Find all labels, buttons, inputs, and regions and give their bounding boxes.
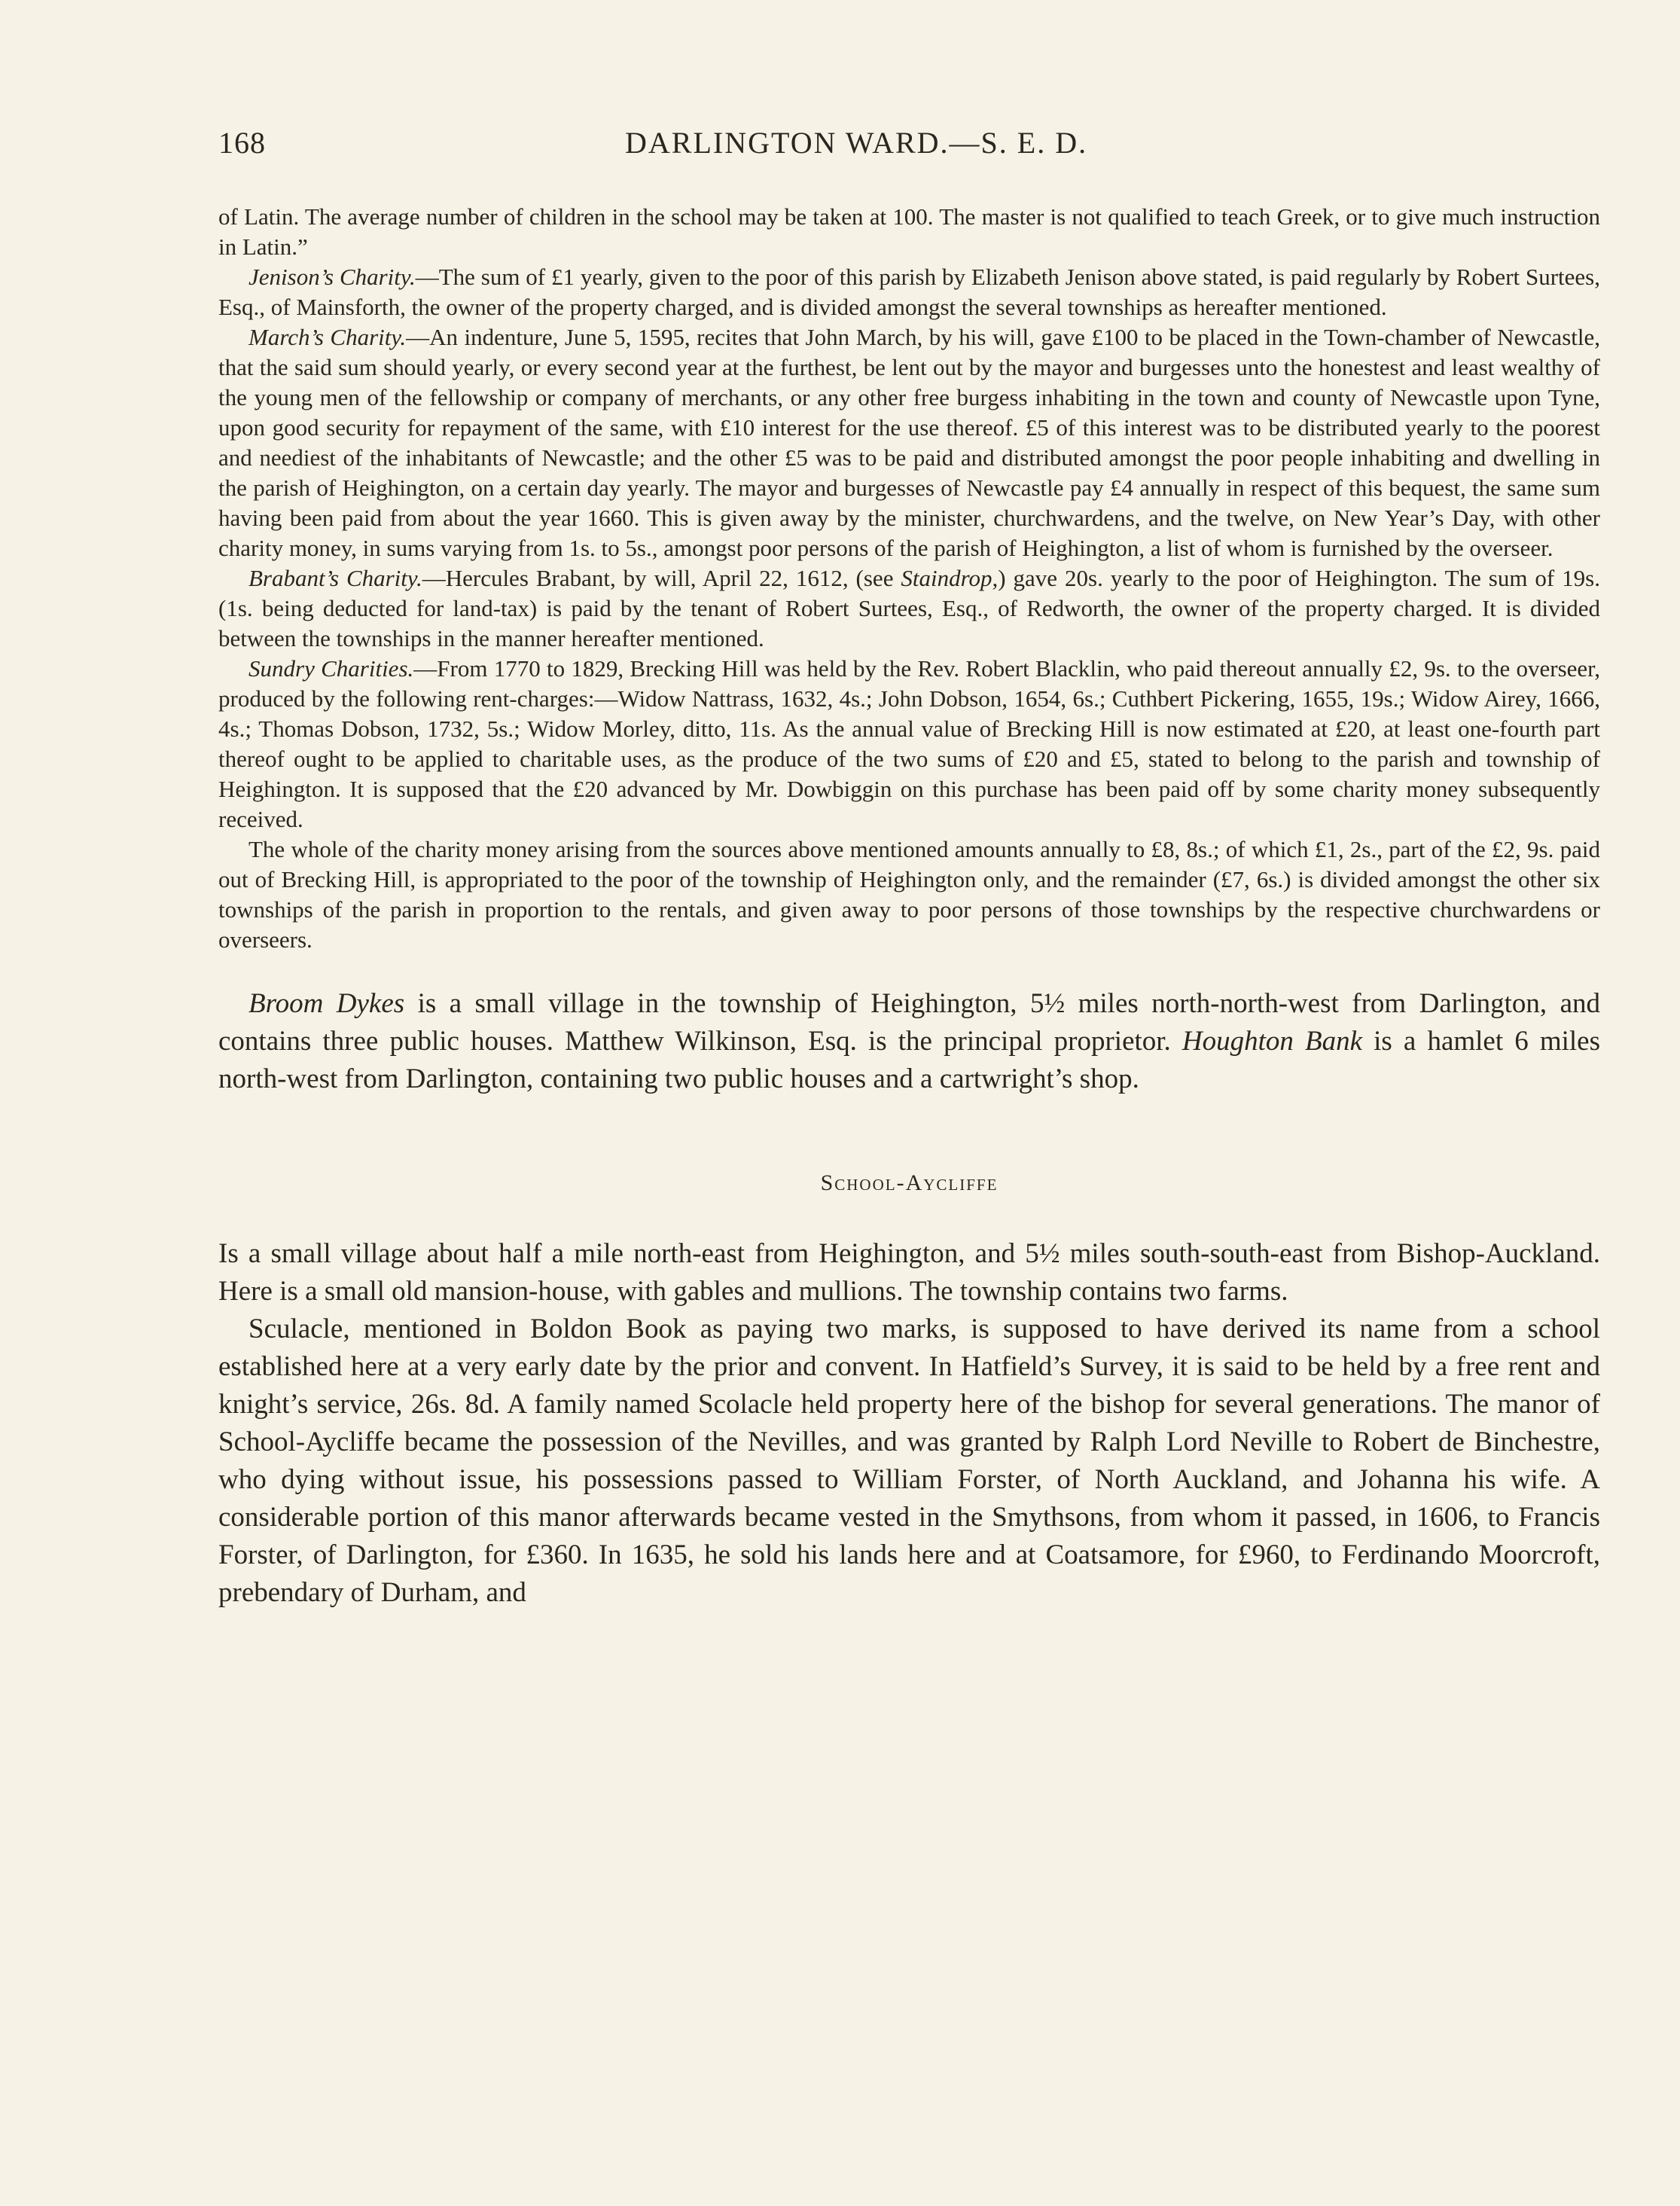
running-head: 168 DARLINGTON WARD.—S. E. D. [218,121,1600,166]
houghton-bank-title: Houghton Bank [1182,1026,1362,1057]
section-heading-school-aycliffe: School-Aycliffe [218,1170,1600,1196]
jenison-body: —The sum of £1 yearly, given to the poor… [218,264,1600,320]
brabant-title: Brabant’s Charity. [248,565,422,591]
march-body: —An indenture, June 5, 1595, recites tha… [218,324,1600,561]
brabant-body-1: —Hercules Brabant, by will, April 22, 16… [422,565,901,591]
sundry-title: Sundry Charities. [248,655,413,682]
paragraph-school-aycliffe-intro: Is a small village about half a mile nor… [218,1235,1600,1310]
school-aycliffe-section: Is a small village about half a mile nor… [218,1235,1600,1612]
paragraph-whole: The whole of the charity money arising f… [218,834,1600,955]
paragraph-march: March’s Charity.—An indenture, June 5, 1… [218,322,1600,563]
sundry-body: —From 1770 to 1829, Brecking Hill was he… [218,655,1600,832]
charities-section: of Latin. The average number of children… [218,202,1600,955]
page-number: 168 [218,125,266,160]
paragraph-sundry: Sundry Charities.—From 1770 to 1829, Bre… [218,654,1600,834]
running-title: DARLINGTON WARD.—S. E. D. [625,125,1087,160]
paragraph-broom-dykes: Broom Dykes is a small village in the to… [218,985,1600,1098]
broom-dykes-title: Broom Dykes [248,988,404,1019]
paragraph-brabant: Brabant’s Charity.—Hercules Brabant, by … [218,563,1600,654]
broom-dykes-section: Broom Dykes is a small village in the to… [218,985,1600,1098]
paragraph-latin: of Latin. The average number of children… [218,202,1600,262]
book-page: 168 DARLINGTON WARD.—S. E. D. of Latin. … [218,121,1600,1612]
march-title: March’s Charity. [248,324,406,350]
paragraph-sculacle: Sculacle, mentioned in Boldon Book as pa… [218,1310,1600,1612]
brabant-see-ref: Staindrop, [901,565,998,591]
paragraph-jenison: Jenison’s Charity.—The sum of £1 yearly,… [218,262,1600,322]
jenison-title: Jenison’s Charity. [248,264,416,290]
